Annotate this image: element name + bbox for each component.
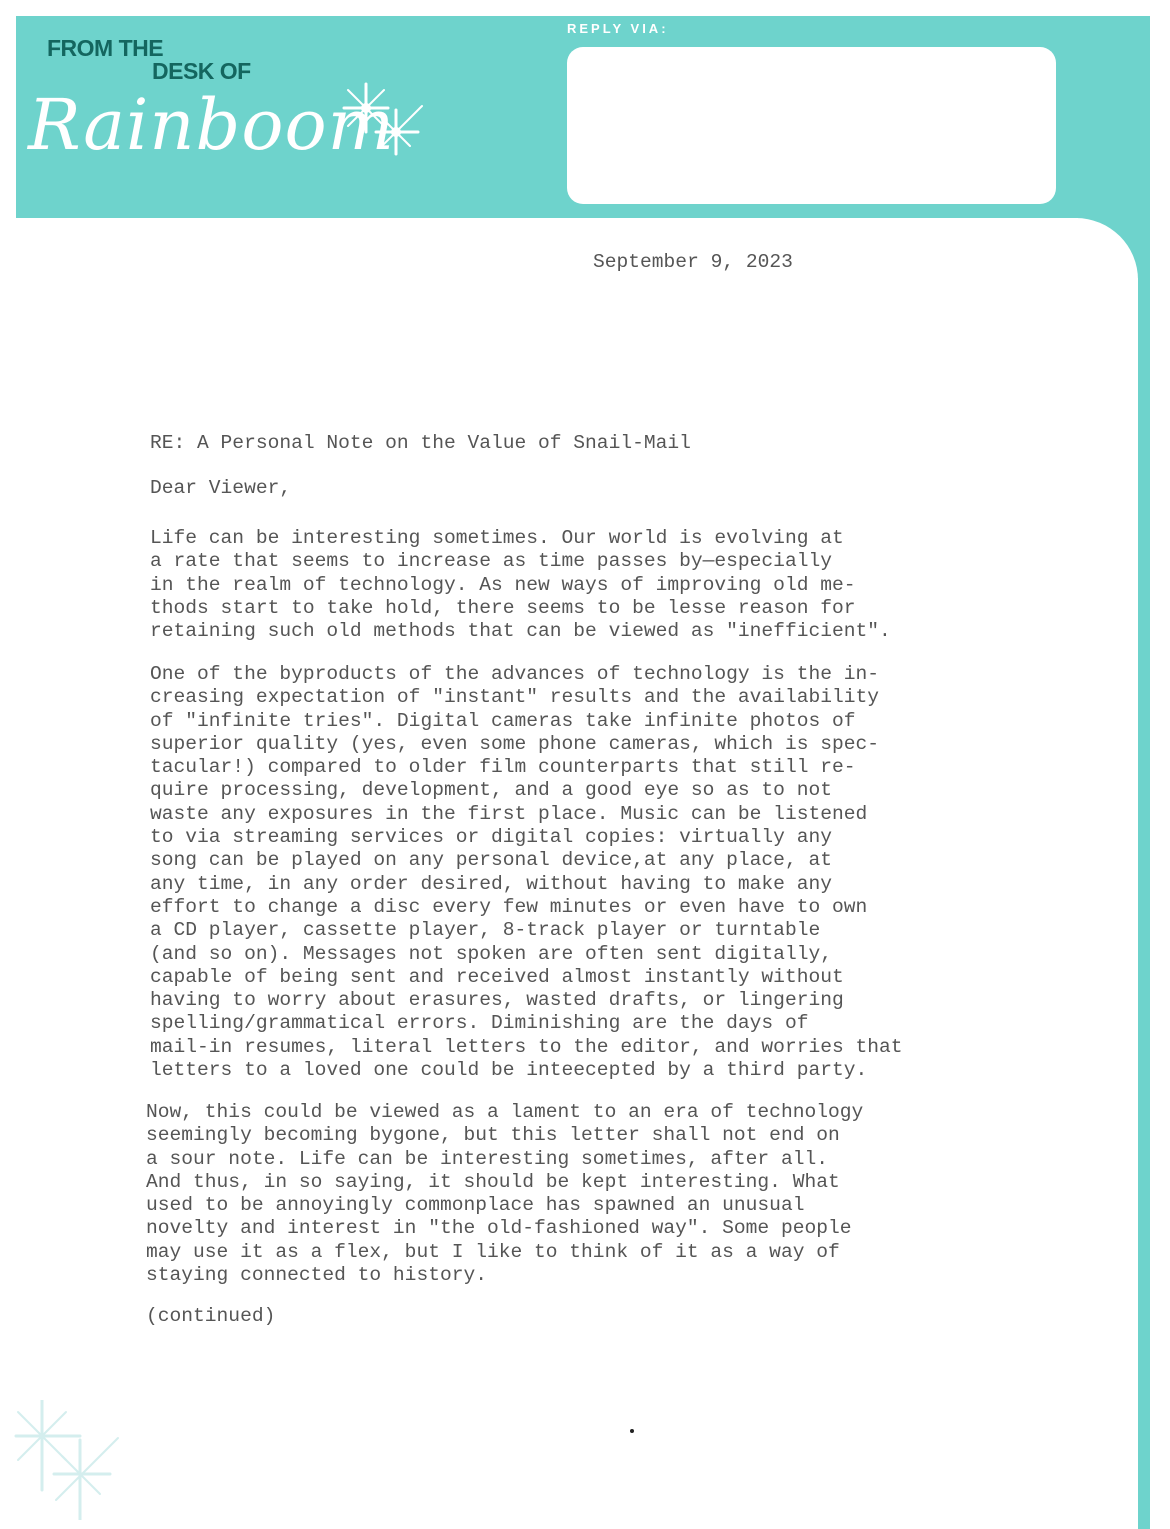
letter-page: FROM THE DESK OF Rainboom REPLY VIA: Sep… (0, 0, 1170, 1529)
letter-date: September 9, 2023 (593, 251, 793, 273)
from-line-1: FROM THE (47, 37, 251, 60)
letter-paragraph-3: Now, this could be viewed as a lament to… (146, 1101, 863, 1287)
from-the-desk-of: FROM THE DESK OF (47, 37, 251, 83)
continued-note: (continued) (146, 1305, 275, 1327)
reply-via-label: REPLY VIA: (567, 21, 669, 36)
faint-sparkle-icon (10, 1400, 130, 1520)
letterhead-corner-curve (1018, 218, 1138, 338)
letter-paragraph-1: Life can be interesting sometimes. Our w… (150, 527, 891, 643)
letter-salutation: Dear Viewer, (150, 477, 291, 499)
ink-speck (630, 1429, 634, 1433)
letter-paragraph-2: One of the byproducts of the advances of… (150, 663, 903, 1082)
letterhead-side-strip (1138, 16, 1150, 1529)
brand-logo: Rainboom (28, 80, 428, 180)
sparkle-icon (318, 80, 428, 160)
reply-via-field (567, 47, 1056, 204)
letter-subject: RE: A Personal Note on the Value of Snai… (150, 432, 691, 454)
